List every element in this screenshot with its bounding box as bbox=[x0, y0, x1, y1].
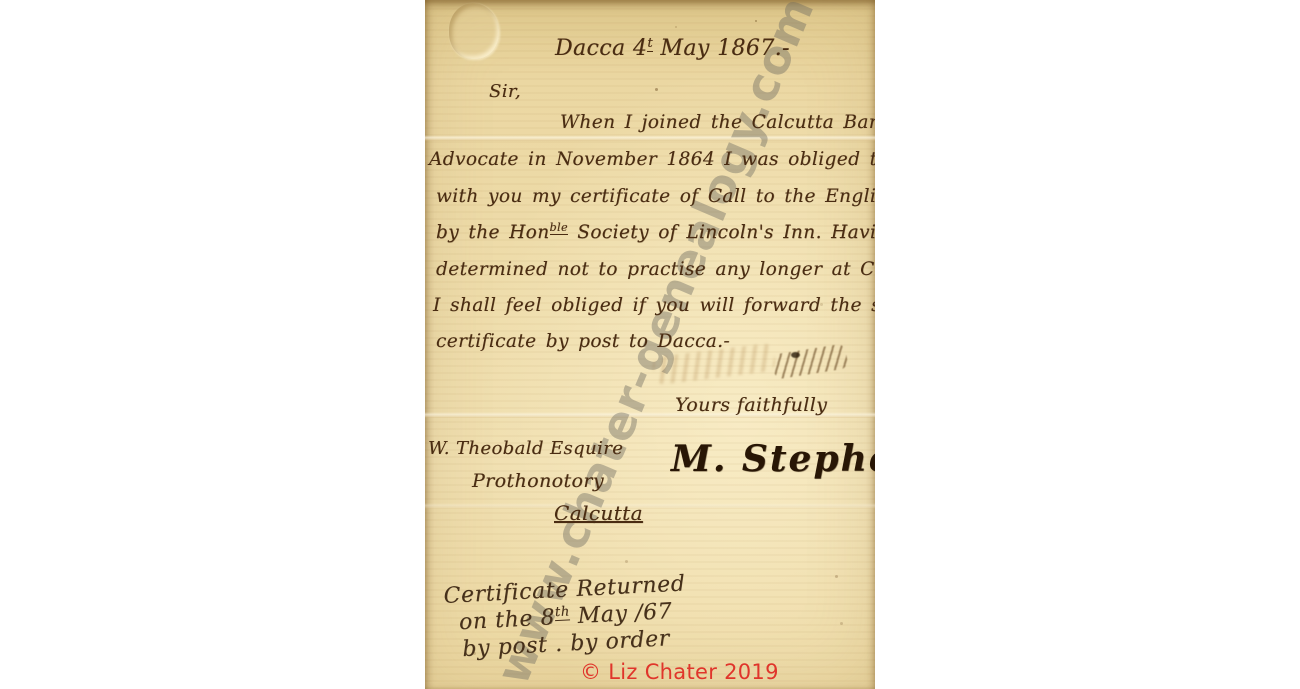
body-line-5: determined not to practise any longer at… bbox=[436, 259, 875, 280]
endorsement-line-2-rest: May /67 bbox=[569, 599, 672, 629]
body-line-3: with you my certificate of Call to the E… bbox=[436, 186, 875, 207]
body-line-4-text: by the Hon bbox=[436, 222, 550, 243]
body-line-4-rest: Society of Lincoln's Inn. Having bbox=[568, 222, 875, 243]
body-line-2: Advocate in November 1864 I was obliged … bbox=[429, 149, 875, 170]
scan-background: www.chater-genealogy.com Dacca 4t May 18… bbox=[0, 0, 1300, 689]
date-superscript: th bbox=[554, 604, 570, 621]
paper-speckle bbox=[675, 26, 677, 28]
paper-speckle bbox=[625, 560, 628, 563]
paper-speckle bbox=[835, 575, 838, 578]
paper-speckle bbox=[840, 622, 843, 625]
letter-page: www.chater-genealogy.com Dacca 4t May 18… bbox=[425, 0, 875, 689]
endorsement-line-2-text: on the 8 bbox=[458, 605, 555, 635]
ink-blot bbox=[791, 352, 800, 358]
ink-smudge-dark bbox=[772, 343, 849, 379]
addressee-title: Prothonotory bbox=[472, 470, 604, 492]
fold-crease-top bbox=[425, 135, 875, 141]
fold-crease-lower bbox=[425, 503, 875, 509]
copyright-notice: © Liz Chater 2019 bbox=[580, 660, 779, 684]
signature: M. Stephen bbox=[671, 438, 875, 480]
body-line-4: by the Honble Society of Lincoln's Inn. … bbox=[436, 222, 875, 243]
body-line-6: I shall feel obliged if you will forward… bbox=[433, 295, 875, 316]
body-line-1: When I joined the Calcutta Bar as bbox=[560, 112, 875, 133]
body-line-7: certificate by post to Dacca.- bbox=[436, 331, 730, 352]
dateline-text: Dacca 4 bbox=[555, 36, 647, 61]
paper-speckle bbox=[755, 20, 757, 22]
dateline-date: May 1867.- bbox=[653, 36, 790, 61]
addressee-name: W. Theobald Esquire bbox=[428, 438, 623, 459]
salutation: Sir, bbox=[489, 81, 521, 102]
honble-superscript: ble bbox=[550, 221, 568, 235]
embossed-seal bbox=[449, 3, 499, 59]
paper-speckle bbox=[655, 88, 658, 91]
dateline: Dacca 4t May 1867.- bbox=[555, 36, 790, 61]
closing-line: Yours faithfully bbox=[675, 394, 827, 416]
addressee-place: Calcutta bbox=[554, 501, 643, 525]
